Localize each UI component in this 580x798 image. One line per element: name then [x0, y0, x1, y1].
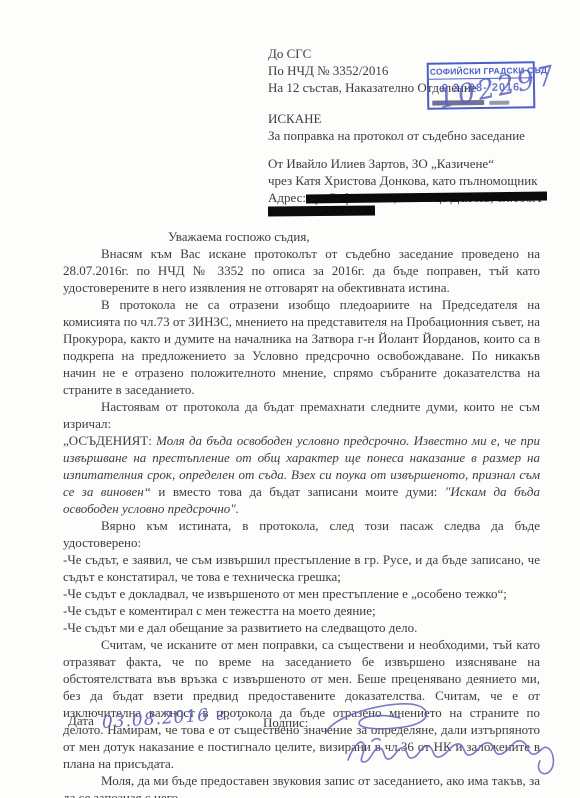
sender-block: От Ивайло Илиев Зартов, ЗО „Казичене“ чр… [268, 155, 558, 206]
scanned-court-request-document: До СГС По НЧД № 3352/2016 На 12 състав, … [0, 0, 580, 798]
redacted-address: гр. София 1404, ж.к Гоце Делчев, бл.108А [309, 189, 541, 206]
correction-item: -Че съдът е докладвал, че извършеното от… [63, 585, 540, 602]
paragraph-request: Внасям към Вас искане протоколът от съде… [63, 245, 540, 296]
sender-name: От Ивайло Илиев Зартов, ЗО „Казичене“ [268, 155, 558, 172]
sender-representative: чрез Катя Христова Донкова, като пълномо… [268, 172, 558, 189]
redaction-bar [268, 206, 375, 217]
paragraph-demand: Настоявам от протокола да бъдат премахна… [63, 398, 540, 432]
address-label: Адрес: [268, 190, 306, 205]
addressee-court: До СГС [268, 45, 477, 62]
paragraph-truth-intro: Вярно към истината, в протокола, след то… [63, 517, 540, 551]
signature-label: Подпис: [263, 714, 308, 731]
correction-item: -Че съдът е коментирал с мен тежестта на… [63, 602, 540, 619]
paragraph-omissions: В протокола не са отразени изобщо пледоа… [63, 296, 540, 398]
correction-item: -Че съдът ми е дал обещание за развитиет… [63, 619, 540, 636]
correction-item: -Че съдът, е заявил, че съм извършил пре… [63, 551, 540, 585]
salutation: Уважаема госпожо съдия, [168, 228, 540, 245]
title-block: ИСКАНЕ За поправка на протокол от съдебн… [268, 110, 525, 144]
quote-connector: и вместо това да бъдат записани моите ду… [151, 484, 445, 499]
date-row: Дата03.08.2016 г. , [68, 712, 244, 729]
quoted-statement: „ОСЪДЕНИЯТ: Моля да бъда освободен услов… [63, 432, 540, 517]
document-subtitle: За поправка на протокол от съдебно засед… [268, 127, 525, 144]
handwritten-signature [312, 694, 567, 789]
quote-intro: „ОСЪДЕНИЯТ: [63, 433, 156, 448]
sender-address-row: Адрес: гр. София 1404, ж.к Гоце Делчев, … [268, 189, 558, 206]
date-label: Дата [68, 713, 94, 728]
document-title: ИСКАНЕ [268, 110, 525, 127]
